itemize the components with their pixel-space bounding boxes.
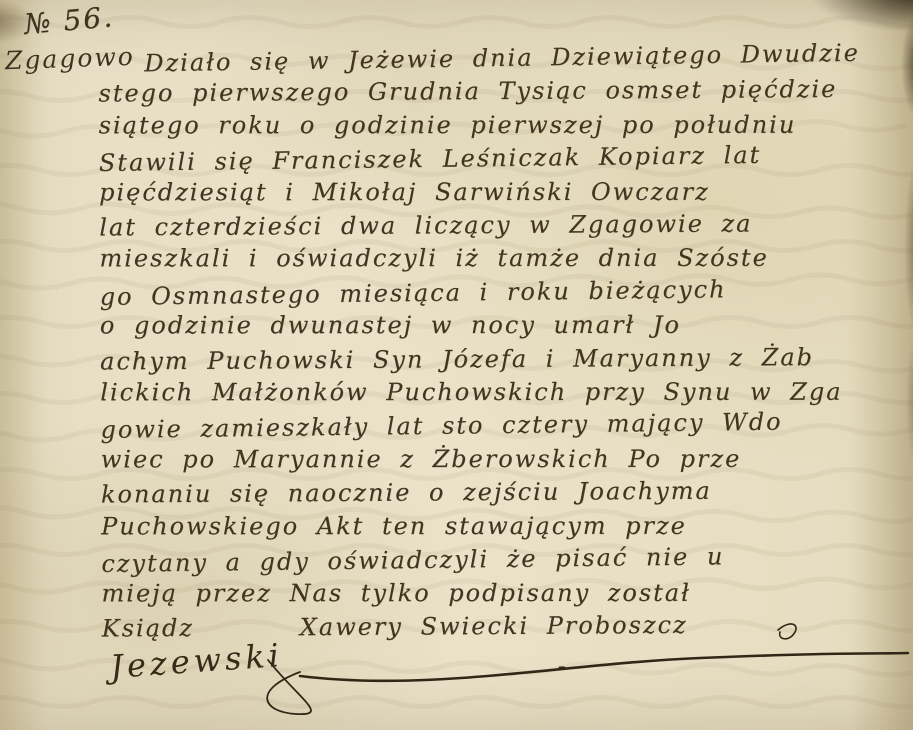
act-line: Puchowskiego Akt ten stawającym prze <box>101 509 909 543</box>
act-line: achym Puchowski Syn Józefa i Maryanny z … <box>100 340 908 378</box>
act-line: lat czterdzieści dwa liczący w Zgagowie … <box>99 207 907 245</box>
act-text-block: Działo się w Jeżewie dnia Dziewiątego Dw… <box>98 40 910 646</box>
scanned-register-page: № 56. Zgagowo Działo się w Jeżewie dnia … <box>0 0 913 730</box>
act-line: o godzinie dwunastej w nocy umarł Jo <box>100 309 908 343</box>
act-line: czytany a gdy oświadczyli że pisać nie u <box>101 538 909 581</box>
act-line: go Osmnastego miesiąca i roku bieżących <box>100 271 908 314</box>
act-line: mieją przez Nas tylko podpisany został <box>102 576 910 610</box>
act-line: gowie zamieszkały lat sto cztery mający … <box>100 405 908 448</box>
act-line: pięćdziesiąt i Mikołaj Sarwiński Owczarz <box>99 175 907 209</box>
act-line: mieszkali i oświadczyli iż tamże dnia Sz… <box>99 242 907 276</box>
act-line: Stawili się Franciszek Leśniczak Kopiarz… <box>99 137 907 180</box>
act-line: siątego roku o godzinie pierwszej po poł… <box>99 108 907 142</box>
act-line: wiec po Maryannie z Żberowskich Po prze <box>101 443 909 477</box>
record-number: № 56. <box>23 0 115 41</box>
act-line: konaniu się naocznie o zejściu Joachyma <box>101 474 909 512</box>
